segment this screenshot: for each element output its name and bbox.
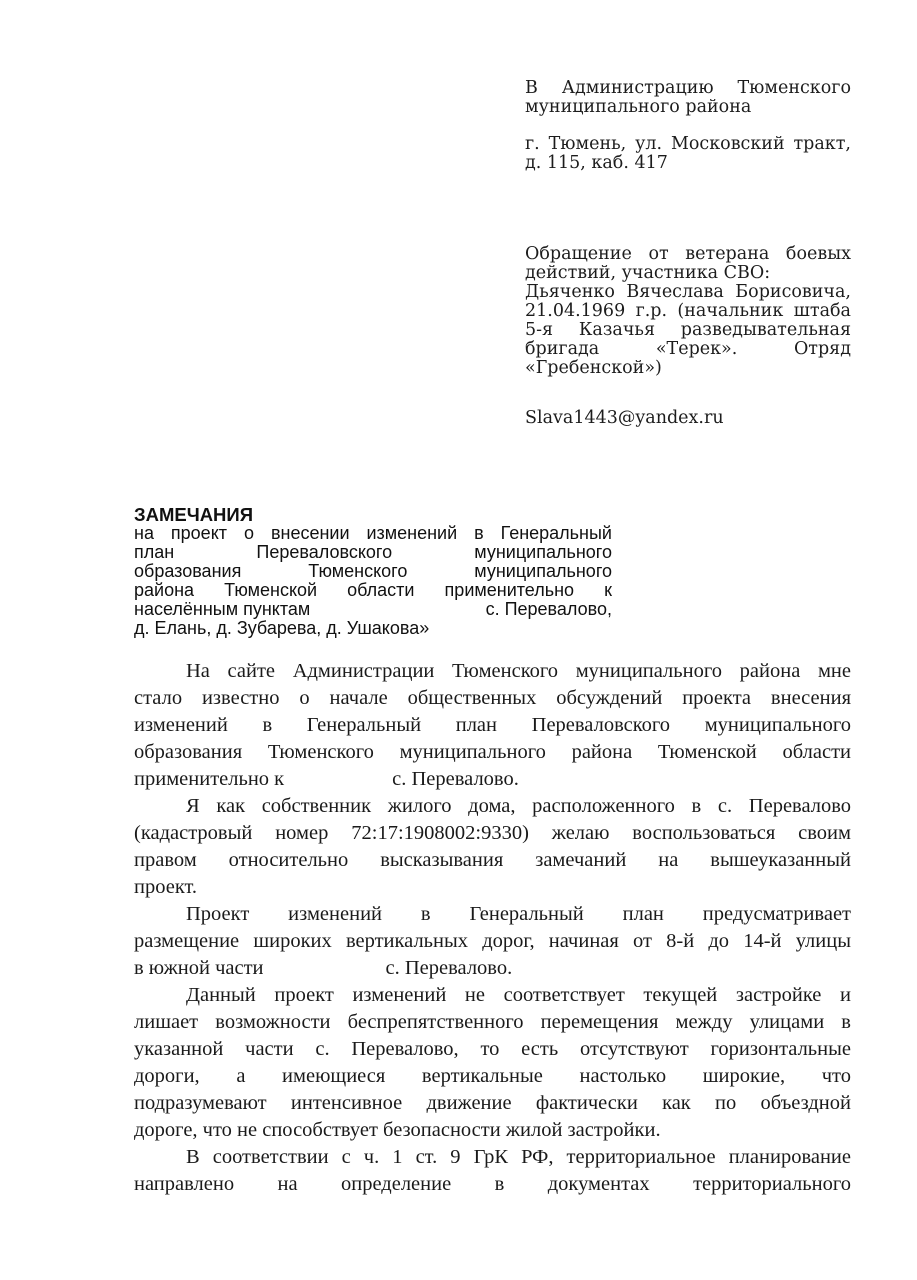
body-line: размещение широких вертикальных дорог, н… (134, 928, 851, 955)
sender-line: «Гребенской») (525, 359, 851, 378)
sender-line: 21.04.1969 г.р. (начальник штаба (525, 302, 851, 321)
document-title-block: ЗАМЕЧАНИЯ на проект о внесении изменений… (134, 505, 612, 638)
body-line: лишает возможности беспрепятственного пе… (134, 1009, 851, 1036)
body-line-split: в южной частис. Перевалово. (134, 955, 851, 982)
body-line: изменений в Генеральный план Переваловск… (134, 712, 851, 739)
recipient-block: В Администрацию Тюменского муниципальног… (525, 79, 851, 117)
body-line: (кадастровый номер 72:17:1908002:9330) ж… (134, 820, 851, 847)
body-line: подразумевают интенсивное движение факти… (134, 1090, 851, 1117)
sender-block: Обращение от ветерана боевых действий, у… (525, 245, 851, 378)
sender-line: Дьяченко Вячеслава Борисовича, (525, 283, 851, 302)
body-line: стало известно о начале общественных обс… (134, 685, 851, 712)
body-line: образования Тюменского муниципального ра… (134, 739, 851, 766)
body-line: проект. (134, 874, 851, 901)
title-line-left: населённым пунктам (134, 600, 310, 619)
document-heading: ЗАМЕЧАНИЯ (134, 505, 612, 524)
paragraph: На сайте Администрации Тюменского муници… (134, 658, 851, 793)
body-line: Я как собственник жилого дома, расположе… (134, 793, 851, 820)
title-line-right: с. Перевалово, (486, 600, 612, 619)
paragraph: Данный проект изменений не соответствует… (134, 982, 851, 1144)
title-line-split: населённым пунктам с. Перевалово, (134, 600, 612, 619)
body-line-right: с. Перевалово. (392, 768, 519, 790)
body-line: На сайте Администрации Тюменского муници… (134, 658, 851, 685)
document-body: На сайте Администрации Тюменского муници… (134, 658, 851, 1198)
recipient-line: муниципального района (525, 98, 851, 117)
sender-email: Slava1443@yandex.ru (525, 409, 851, 428)
body-line: правом относительно высказывания замечан… (134, 847, 851, 874)
body-line: Проект изменений в Генеральный план пред… (134, 901, 851, 928)
sender-email-block: Slava1443@yandex.ru (525, 409, 851, 428)
body-line: указанной части с. Перевалово, то есть о… (134, 1036, 851, 1063)
body-line: В соответствии с ч. 1 ст. 9 ГрК РФ, терр… (134, 1144, 851, 1171)
sender-line: 5-я Казачья разведывательная (525, 321, 851, 340)
title-line: образования Тюменского муниципального (134, 562, 612, 581)
sender-line: Обращение от ветерана боевых (525, 245, 851, 264)
recipient-address-block: г. Тюмень, ул. Московский тракт, д. 115,… (525, 135, 851, 173)
body-line-left: применительно к (134, 768, 284, 790)
paragraph: Проект изменений в Генеральный план пред… (134, 901, 851, 982)
body-line-left: в южной части (134, 957, 264, 979)
body-line: Данный проект изменений не соответствует… (134, 982, 851, 1009)
recipient-line: В Администрацию Тюменского (525, 79, 851, 98)
title-line: района Тюменской области применительно к (134, 581, 612, 600)
title-line: д. Елань, д. Зубарева, д. Ушакова» (134, 619, 612, 638)
title-line: на проект о внесении изменений в Генерал… (134, 524, 612, 543)
body-line-split: применительно кс. Перевалово. (134, 766, 851, 793)
body-line: направлено на определение в документах т… (134, 1171, 851, 1198)
paragraph: Я как собственник жилого дома, расположе… (134, 793, 851, 901)
body-line-right: с. Перевалово. (386, 957, 513, 979)
body-line: дороге, что не способствует безопасности… (134, 1117, 851, 1144)
address-line: д. 115, каб. 417 (525, 154, 851, 173)
sender-line: бригада «Терек». Отряд (525, 340, 851, 359)
address-line: г. Тюмень, ул. Московский тракт, (525, 135, 851, 154)
sender-line: действий, участника СВО: (525, 264, 851, 283)
title-line: план Переваловского муниципального (134, 543, 612, 562)
paragraph: В соответствии с ч. 1 ст. 9 ГрК РФ, терр… (134, 1144, 851, 1198)
body-line: дороги, а имеющиеся вертикальные настоль… (134, 1063, 851, 1090)
